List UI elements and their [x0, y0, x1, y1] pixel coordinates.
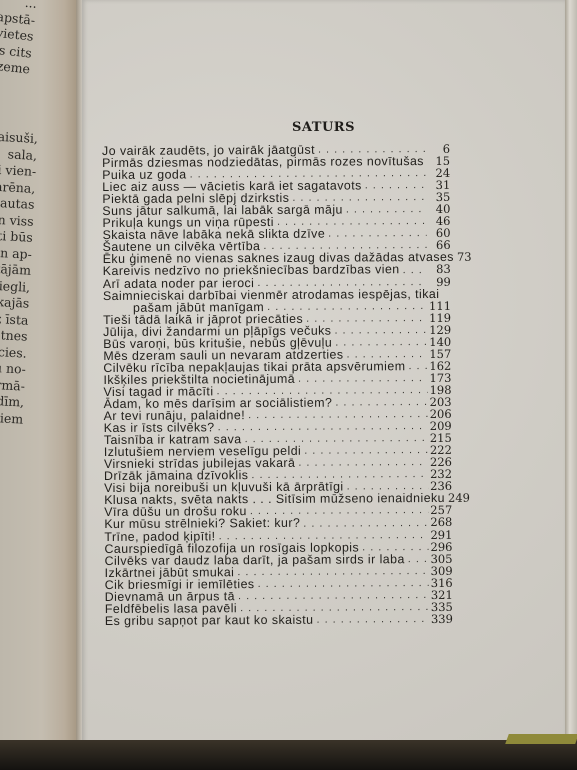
toc-entry-page: 268 — [428, 516, 452, 528]
dot-leader: ........................................… — [365, 179, 427, 191]
dot-leader: ........................................… — [316, 613, 428, 626]
left-page-text-top: ... apstā- evietes as cits a zeme — [0, 0, 38, 78]
text-line: sācies. — [0, 343, 27, 362]
dot-leader: ........................................… — [304, 444, 428, 457]
text-line: kotnes — [0, 326, 28, 345]
text-line: un ap- — [0, 244, 32, 263]
text-line: visiem — [0, 409, 23, 428]
text-line: aisuši, — [0, 129, 38, 148]
dot-leader: ........................................… — [328, 227, 426, 240]
dot-leader: ........................................… — [346, 203, 427, 215]
dot-leader: ........................................… — [248, 408, 428, 421]
page-edge — [565, 0, 577, 735]
toc-entry-page: 99 — [427, 275, 451, 287]
toc-entry-page: 339 — [429, 613, 453, 625]
dot-leader: ........................................… — [403, 264, 427, 276]
text-line: viegli, — [0, 277, 30, 296]
dot-leader: ........................................… — [334, 324, 427, 337]
background-surface — [0, 740, 577, 770]
dot-leader: ........................................… — [335, 336, 427, 349]
toc-entry-page: 296 — [428, 540, 452, 552]
text-line: varmā- — [0, 376, 25, 395]
left-page: ... apstā- evietes as cits a zeme aisuši… — [0, 0, 76, 758]
text-line: dz īsta — [0, 310, 29, 329]
toc-entry-page: 83 — [427, 263, 451, 275]
green-object — [505, 734, 577, 744]
toc-entry-page: 305 — [428, 552, 452, 564]
dot-leader: ........................................… — [267, 300, 427, 313]
toc-entry-title: Es gribu sapņot par kaut ko skaistu — [105, 614, 317, 627]
text-line: sīkajās — [0, 293, 29, 312]
dot-leader: ........................................… — [303, 517, 428, 530]
dot-leader: ........................................… — [362, 541, 428, 553]
toc-entry: Es gribu sapņot par kaut ko skaistu.....… — [105, 613, 453, 627]
text-line: kājām — [0, 260, 31, 279]
text-line: un viss — [0, 211, 34, 230]
dot-leader: ........................................… — [306, 312, 427, 325]
text-line: tautas — [0, 194, 35, 213]
page-title: SATURS — [82, 120, 565, 135]
dot-leader: ........................................… — [335, 396, 427, 409]
toc-entry-page: 111 — [427, 299, 451, 311]
text-line: nju no- — [0, 359, 26, 378]
dot-leader: ........................................… — [298, 372, 427, 385]
text-line: sala, — [0, 145, 37, 164]
dot-leader: ........................................… — [408, 553, 429, 565]
right-page: SATURS Jo vairāk zaudēts, jo vairāk jāat… — [82, 0, 565, 745]
toc-entry-page: 309 — [429, 565, 453, 577]
dot-leader: ........................................… — [258, 577, 429, 590]
left-page-text-mid: aisuši, sala, i vien- arēna, tautas un v… — [0, 129, 38, 428]
dot-leader: ........................................… — [298, 456, 428, 469]
text-line: i vien- — [0, 161, 36, 180]
text-line: arēna, — [0, 178, 35, 197]
toc-entry-page: 291 — [428, 528, 452, 540]
dot-leader: ........................................… — [408, 360, 427, 372]
text-line: elti būs — [0, 227, 33, 246]
toc-entry-page: 73 — [457, 251, 472, 263]
table-of-contents: Jo vairāk zaudēts, jo vairāk jāatgūst...… — [102, 143, 453, 627]
text-line: ļaudīm, — [0, 392, 24, 411]
